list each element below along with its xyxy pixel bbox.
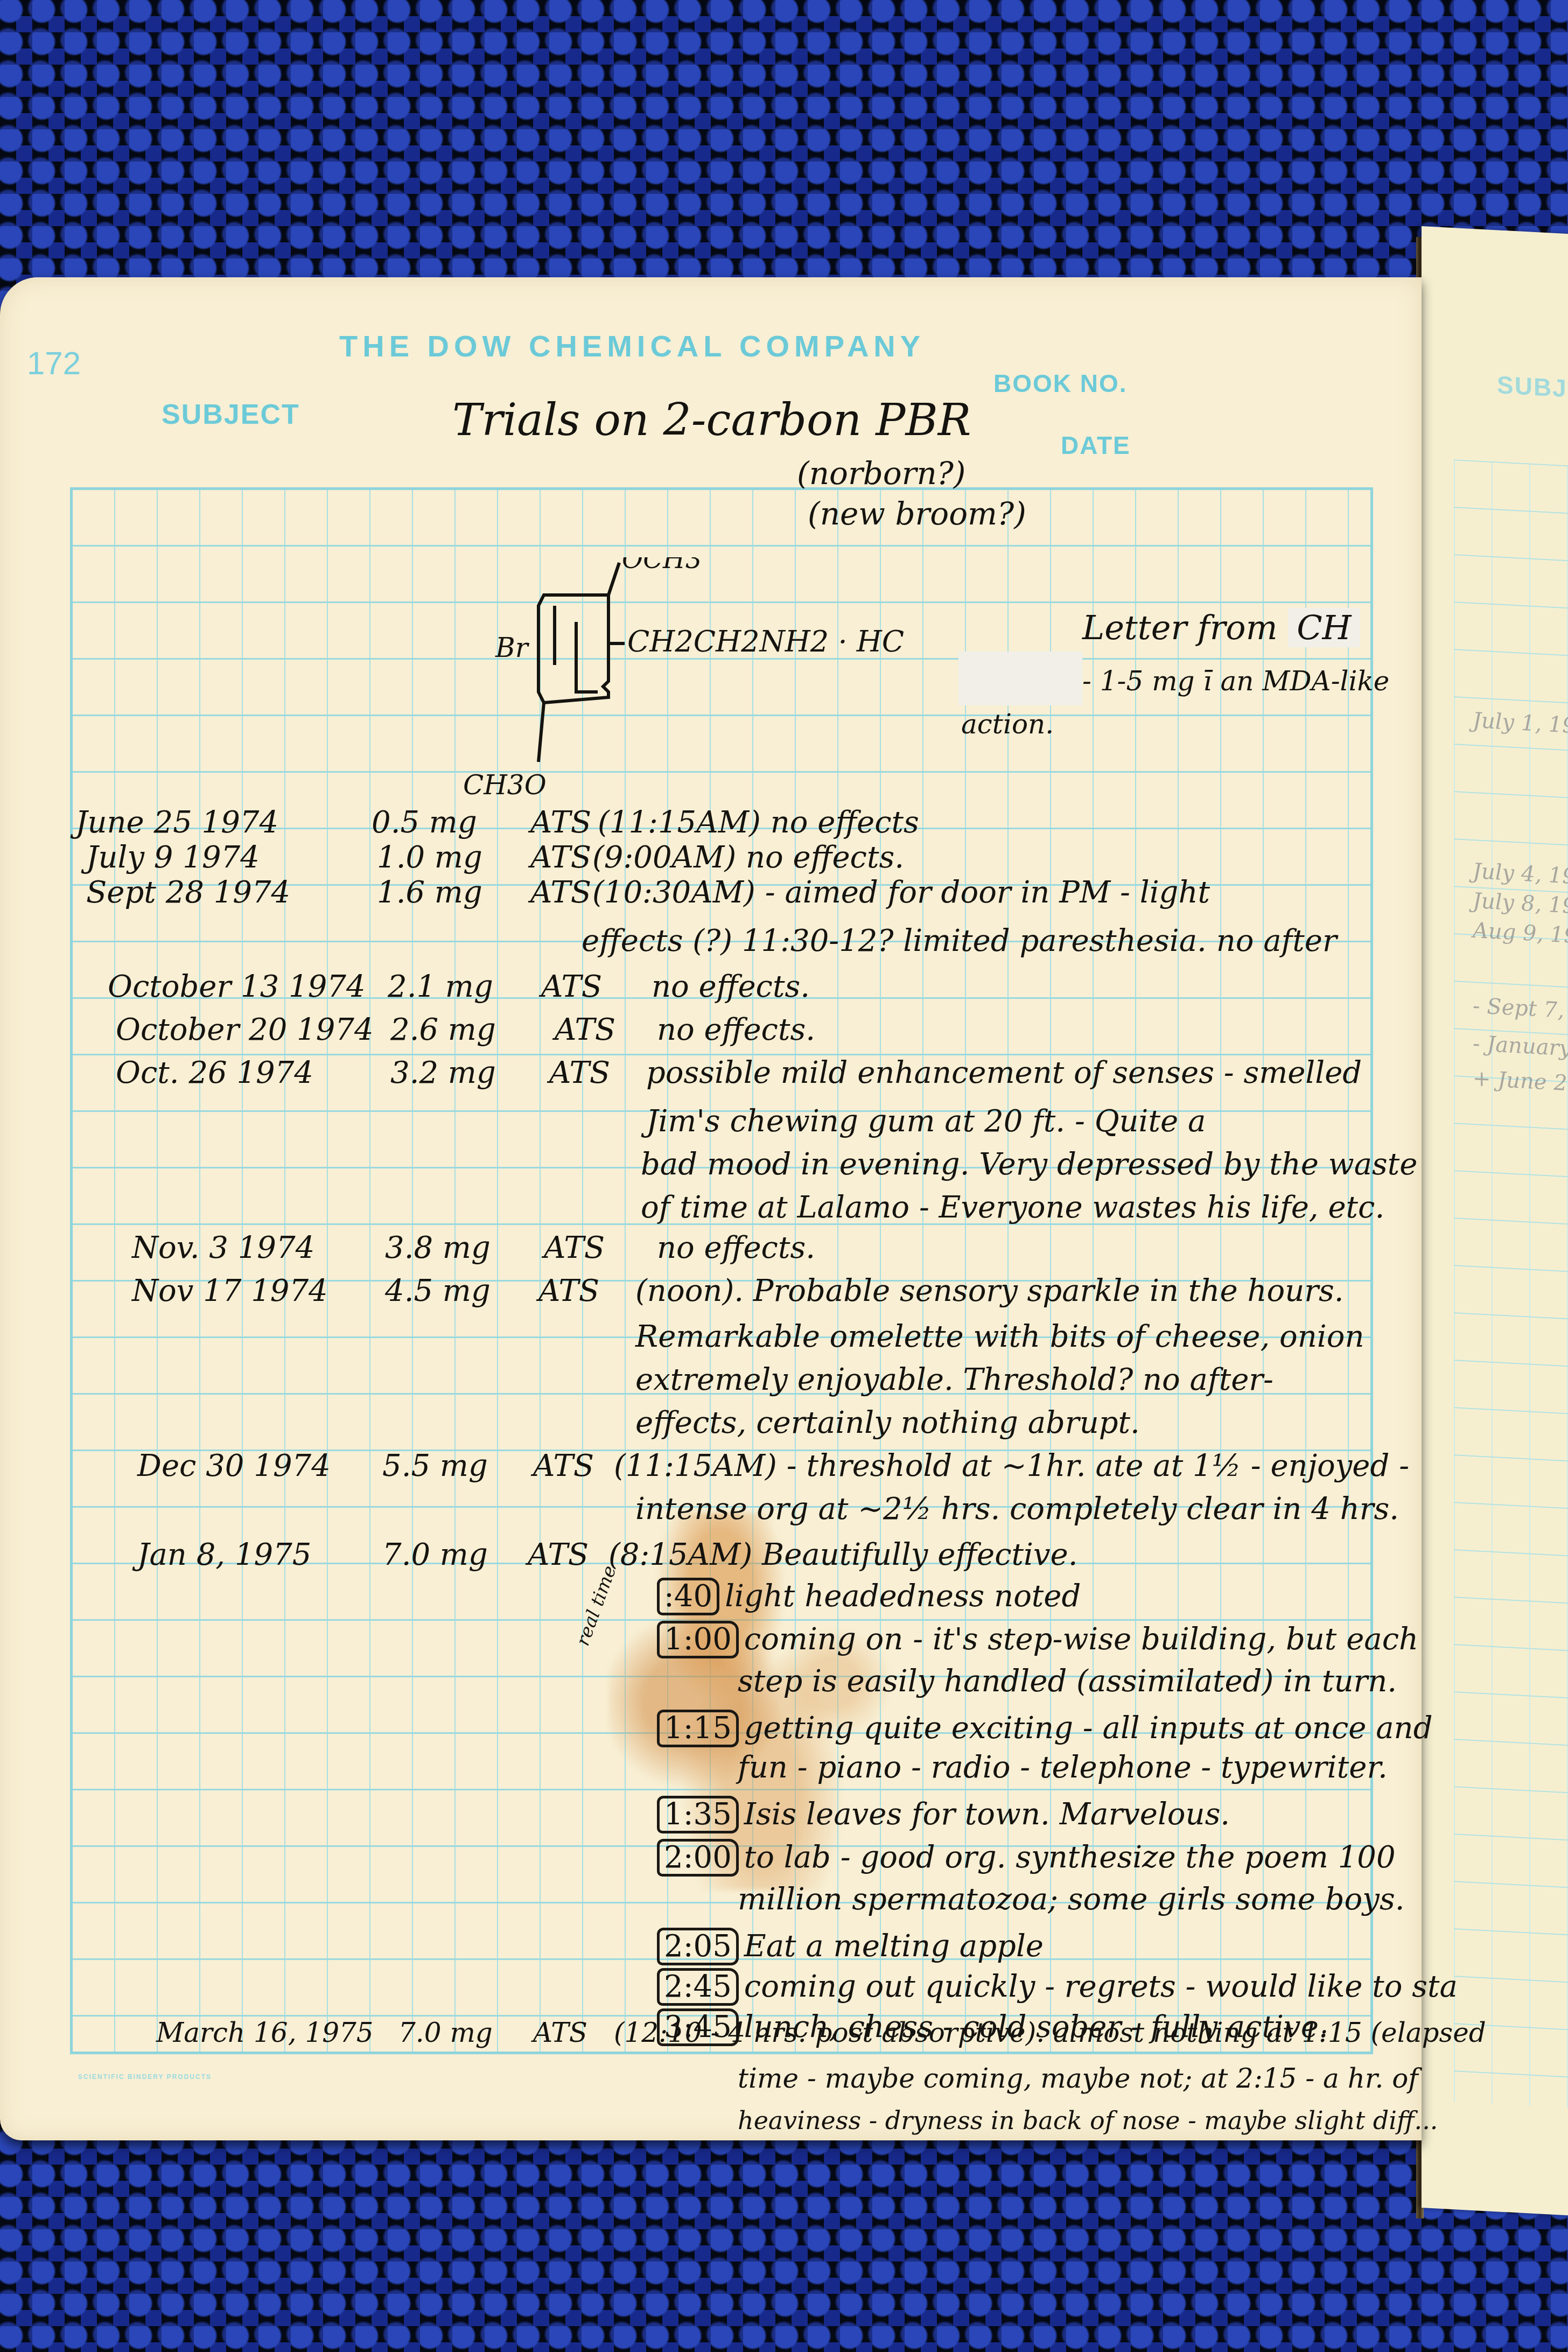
entry-dose: 2.6 mg [390, 1015, 496, 1045]
entry-note: effects, certainly nothing abrupt. [635, 1408, 1140, 1438]
entry-note: (noon). Probable sensory sparkle in the … [635, 1276, 1344, 1306]
entry-route: ATS [555, 1015, 615, 1045]
svg-text:Br: Br [495, 632, 530, 663]
entry-note: time - maybe coming, maybe not; at 2:15 … [738, 2065, 1418, 2092]
entry-route: ATS [530, 843, 591, 873]
entry-date: Nov 17 1974 [132, 1276, 328, 1306]
entry-route: ATS [549, 1058, 610, 1088]
time-box: 1:35 [657, 1796, 739, 1833]
company-header: THE DOW CHEMICAL COMPANY [339, 328, 925, 363]
timeline-text: Isis leaves for town. Marvelous. [744, 1797, 1230, 1832]
timeline-item: 1:15getting quite exciting - all inputs … [657, 1710, 1433, 1747]
entry-note: no effects. [657, 1233, 815, 1263]
entry-note: no effects. [657, 1015, 815, 1045]
facing-page: SUBJECT July 1, 1974 July 4, 1974 July 8… [1422, 226, 1568, 2216]
letter-text: Letter from [1082, 608, 1277, 647]
entry-route: ATS [530, 878, 591, 908]
timeline-item: 2:45coming out quickly - regrets - would… [657, 1968, 1458, 2006]
entry-date: Nov. 3 1974 [132, 1233, 314, 1263]
alt-name: (new broom?) [808, 498, 1026, 529]
entry-route: ATS [544, 1233, 605, 1263]
subject-title: Trials on 2-carbon PBR [452, 398, 971, 443]
entry-route: ATS [533, 2019, 587, 2046]
timeline-cont: step is easily handled (assimilated) in … [738, 1667, 1397, 1697]
entry-dose: 5.5 mg [382, 1451, 488, 1481]
entry-note: heaviness - dryness in back of nose - ma… [738, 2108, 1438, 2133]
time-box: 2:00 [657, 1839, 739, 1877]
date-label: DATE [1061, 431, 1131, 460]
entry-dose: 2.1 mg [388, 972, 493, 1002]
bindery-footer: SCIENTIFIC BINDERY PRODUCTS [78, 2073, 212, 2081]
entry-dose: 7.0 mg [398, 2019, 493, 2046]
entry-note: (11:15AM) no effects [598, 808, 919, 838]
entry-dose: 4.5 mg [385, 1276, 491, 1306]
timeline-item: 1:00coming on - it's step-wise building,… [657, 1621, 1418, 1658]
redaction-patch [958, 652, 1082, 705]
subject-label: SUBJECT [162, 398, 300, 431]
entry-note: no effects. [652, 972, 810, 1002]
entry-date: Oct. 26 1974 [116, 1058, 313, 1088]
entry-date: July 9 1974 [86, 843, 260, 873]
entry-route: ATS [541, 972, 602, 1002]
entry-note: effects (?) 11:30-12? limited paresthesi… [582, 926, 1337, 956]
entry-note: (10:30AM) - aimed for door in PM - light [592, 878, 1210, 908]
entry-date: October 20 1974 [116, 1015, 374, 1045]
entry-date: March 16, 1975 [156, 2019, 374, 2046]
timeline-cont: million spermatozoa; some girls some boy… [738, 1885, 1405, 1915]
entry-note: intense org at ~2½ hrs. completely clear… [635, 1494, 1399, 1524]
letter-note-line: - 1-5 mg ī an MDA-like [1082, 668, 1389, 695]
svg-text:OCH3: OCH3 [622, 557, 702, 575]
book-no-label: BOOK NO. [993, 369, 1128, 398]
redacted-name: CH [1288, 608, 1360, 647]
alt-name: (norborn?) [797, 458, 965, 489]
benzene-ring-icon: OCH3 CH2CH2NH2 · HCl Br CH3O [463, 557, 905, 810]
entry-note: (8:15AM) Beautifully effective. [608, 1540, 1078, 1570]
time-box: 2:45 [657, 1968, 739, 2006]
timeline-text: coming on - it's step-wise building, but… [744, 1622, 1418, 1657]
entry-date: Jan 8, 1975 [137, 1540, 311, 1570]
entry-date: June 25 1974 [75, 808, 278, 838]
entry-note: Remarkable omelette with bits of cheese,… [635, 1322, 1364, 1352]
entry-dose: 3.8 mg [385, 1233, 491, 1263]
timeline-item: 2:00to lab - good org. synthesize the po… [657, 1839, 1396, 1877]
timeline-cont: fun - piano - radio - telephone - typewr… [738, 1753, 1388, 1783]
chemical-structure: OCH3 CH2CH2NH2 · HCl Br CH3O [463, 557, 905, 810]
time-box: 1:00 [657, 1621, 739, 1658]
entry-note: bad mood in evening. Very depressed by t… [641, 1150, 1417, 1180]
entry-route: ATS [530, 808, 591, 838]
entry-note: (9:00AM) no effects. [592, 843, 904, 873]
timeline-text: getting quite exciting - all inputs at o… [744, 1711, 1433, 1746]
timeline-text: to lab - good org. synthesize the poem 1… [744, 1840, 1396, 1875]
timeline-text: light headedness noted [725, 1579, 1081, 1614]
time-box: :40 [657, 1578, 719, 1615]
timeline-item: 2:05Eat a melting apple [657, 1928, 1044, 1965]
timeline-text: coming out quickly - regrets - would lik… [744, 1969, 1458, 2004]
facing-subject-label: SUBJECT [1497, 370, 1568, 405]
page-number: 172 [27, 345, 81, 382]
entry-note: possible mild enhancement of senses - sm… [646, 1058, 1362, 1088]
entry-route: ATS [538, 1276, 599, 1306]
entry-route: ATS [533, 1451, 594, 1481]
entry-date: Sept 28 1974 [86, 878, 290, 908]
entry-dose: 3.2 mg [390, 1058, 496, 1088]
entry-dose: 1.6 mg [377, 878, 482, 908]
timeline-text: Eat a melting apple [744, 1929, 1044, 1964]
entry-note: (12:10 - 4 hrs. post absorptive). almost… [614, 2019, 1486, 2046]
entry-note: (11:15AM) - threshold at ~1hr. ate at 1½… [614, 1451, 1409, 1481]
timeline-item: :40light headedness noted [657, 1578, 1081, 1615]
letter-note: Letter from CH [1082, 611, 1360, 645]
entry-note: of time at Lalamo - Everyone wastes his … [641, 1193, 1384, 1223]
time-box: 1:15 [657, 1710, 739, 1747]
entry-note: Jim's chewing gum at 20 ft. - Quite a [646, 1107, 1206, 1137]
entry-dose: 1.0 mg [377, 843, 482, 873]
entry-date: October 13 1974 [108, 972, 366, 1002]
letter-note-line: action. [961, 711, 1054, 738]
entry-dose: 0.5 mg [372, 808, 477, 838]
time-box: 2:05 [657, 1928, 739, 1965]
entry-route: ATS [528, 1540, 589, 1570]
entry-dose: 7.0 mg [382, 1540, 488, 1570]
entry-note: extremely enjoyable. Threshold? no after… [635, 1365, 1273, 1395]
facing-grid [1454, 459, 1568, 2108]
timeline-item: 1:35Isis leaves for town. Marvelous. [657, 1796, 1230, 1833]
notebook-page: 172 THE DOW CHEMICAL COMPANY SUBJECT BOO… [0, 277, 1422, 2140]
entry-date: Dec 30 1974 [137, 1451, 331, 1481]
svg-text:CH3O: CH3O [463, 769, 547, 801]
svg-text:CH2CH2NH2 · HCl: CH2CH2NH2 · HCl [627, 625, 905, 659]
